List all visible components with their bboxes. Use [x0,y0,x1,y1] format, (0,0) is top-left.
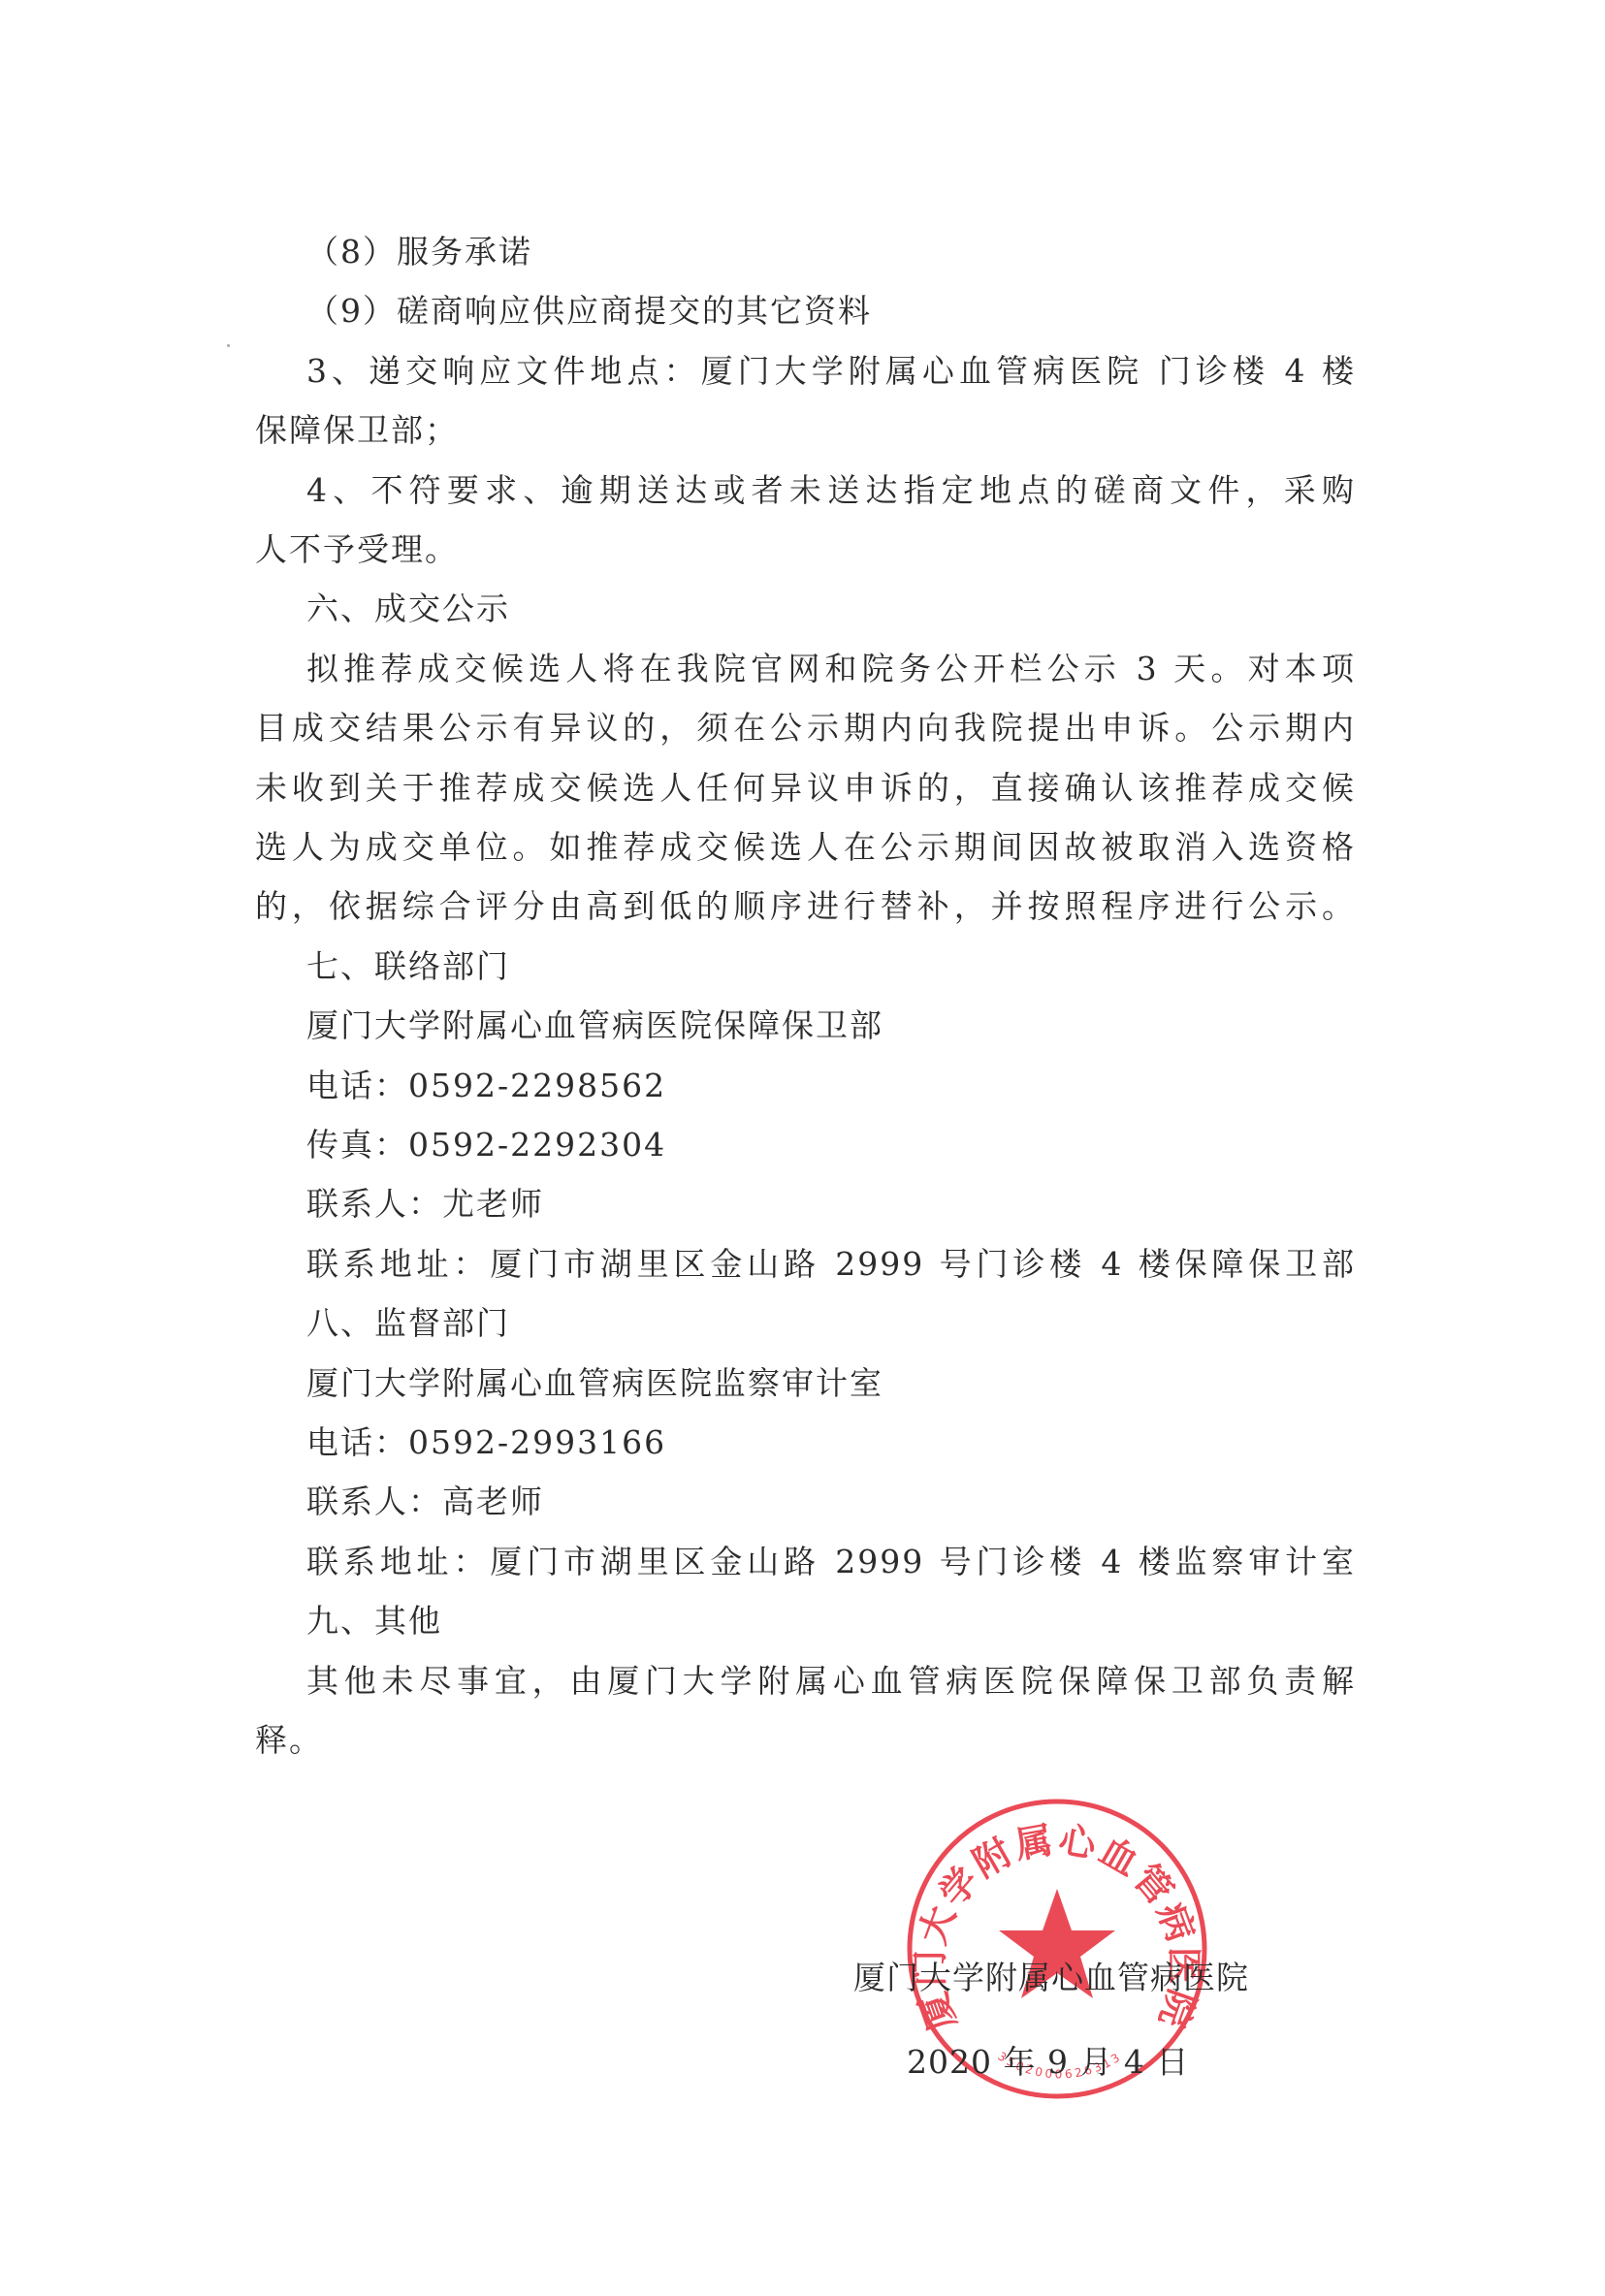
text-line: 九、其他 [306,1602,1356,1641]
text-line: 联系人：高老师 [306,1483,1356,1521]
text-line: 释。 [255,1721,1356,1760]
text-line: 的，依据综合评分由高到低的顺序进行替补，并按照程序进行公示。 [255,887,1356,926]
text-line: 拟推荐成交候选人将在我院官网和院务公开栏公示 3 天。对本项 [306,650,1356,688]
text-line: （9）磋商响应供应商提交的其它资料 [306,292,1356,331]
text-line: 电话：0592-2298562 [306,1067,1356,1105]
text-line: 其他未尽事宜，由厦门大学附属心血管病医院保障保卫部负责解 [306,1662,1356,1701]
text-line: 传真：0592-2292304 [306,1126,1356,1164]
scan-speck [227,344,230,347]
text-line: 八、监督部门 [306,1304,1356,1343]
text-line: 4、不符要求、逾期送达或者未送达指定地点的磋商文件，采购 [306,471,1356,510]
text-line: 联系地址：厦门市湖里区金山路 2999 号门诊楼 4 楼监察审计室 [306,1543,1356,1581]
text-line: 3、递交响应文件地点：厦门大学附属心血管病医院 门诊楼 4 楼 [306,352,1356,391]
text-line: 目成交结果公示有异议的，须在公示期内向我院提出申诉。公示期内 [255,709,1356,748]
signature-date: 2020 年 9 月 4 日 [907,2043,1189,2082]
text-line: 电话：0592-2993166 [306,1423,1356,1462]
text-line: 人不予受理。 [255,530,1356,569]
text-line: 保障保卫部； [255,411,1356,450]
text-line: 未收到关于推荐成交候选人任何异议申诉的，直接确认该推荐成交候 [255,769,1356,808]
text-line: （8）服务承诺 [306,233,1356,271]
text-line: 厦门大学附属心血管病医院监察审计室 [306,1364,1356,1403]
text-line: 七、联络部门 [306,947,1356,986]
text-line: 联系人：尤老师 [306,1185,1356,1224]
text-line: 选人为成交单位。如推荐成交候选人在公示期间因故被取消入选资格 [255,828,1356,867]
text-line: 厦门大学附属心血管病医院保障保卫部 [306,1006,1356,1045]
text-line: 联系地址：厦门市湖里区金山路 2999 号门诊楼 4 楼保障保卫部 [306,1245,1356,1284]
text-line: 六、成交公示 [306,590,1356,628]
document-page: （8）服务承诺（9）磋商响应供应商提交的其它资料3、递交响应文件地点：厦门大学附… [0,0,1605,2296]
signature-organization: 厦门大学附属心血管病医院 [853,1959,1249,1997]
